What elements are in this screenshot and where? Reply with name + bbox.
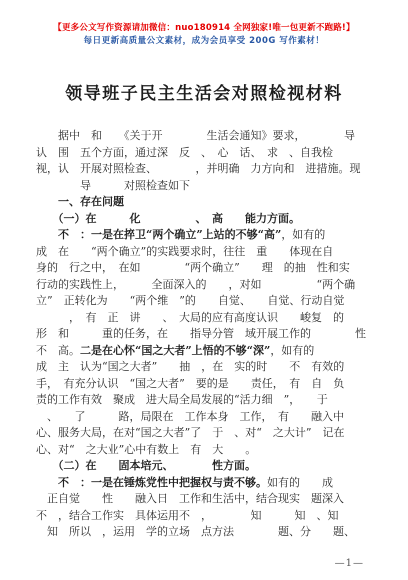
body-line: 成 在 “两个确立”的实践要求时，往往 重 体现在自 xyxy=(36,244,372,261)
body-line: 导 对照检查如下 xyxy=(36,178,372,195)
body-line: 视，认 开展对照检查、 ，并明确 力方向和 进措施。现 xyxy=(36,161,372,178)
body-line: 不 高。二是在心怀“国之大者”上悟的不够“深”，如有的 xyxy=(36,343,372,360)
body-line: 成 主 认为“国之大者” 抽 ，在 实的时 不 有效的 xyxy=(36,359,372,376)
watermark-line-1: 【更多公文写作资源请加微信：nuo180914 全网独家!唯一包更新不跑路!】 xyxy=(0,22,408,35)
body-line: 正自觉 性 融入日 工作和生活中，结合现实 题深入 xyxy=(36,491,372,508)
body-line: 责的工作有效 聚成 进大局全局发展的“活力细 ”， 于 xyxy=(36,392,372,409)
body-line: 不 ：一是在锤炼党性中把握权与责不够。如有的 成 xyxy=(36,475,372,492)
body-line: 不 ，结合工作实 具体运用不 ， 知 知 、知 xyxy=(36,508,372,525)
body-line: （二）在 固本培元、 性方面。 xyxy=(36,458,372,475)
body-line: 心、对“ 之大业”心中有数上 有 大 。 xyxy=(36,442,372,459)
body-line: 知 所以 ，运用 学的立场 点方法 题、分 题、 xyxy=(36,524,372,541)
document-page: 【更多公文写作资源请加微信：nuo180914 全网独家!唯一包更新不跑路!】 … xyxy=(0,0,408,580)
watermark-line-2: 每日更新高质量公文素材，成为会员享受 200G 写作素材！ xyxy=(0,35,408,47)
body-line: （一）在 化 、 高 能力方面。 xyxy=(36,211,372,228)
body-line: 手， 有充分认识 “国之大者” 要的是 责任， 有 自 负 xyxy=(36,376,372,393)
body-line: 据中 和 《关于开 生活会通知》要求， 导 xyxy=(36,128,372,145)
body-line: 认 围 五个方面，通过深 反 、 心 话、 求 、自我检 xyxy=(36,145,372,162)
page-number: —1— xyxy=(335,558,364,569)
document-body: 据中 和 《关于开 生活会通知》要求， 导认 围 五个方面，通过深 反 、 心 … xyxy=(36,128,372,541)
body-line: ， 有 正 讲 、 大局的应有高度认识 峻复 的 xyxy=(36,310,372,327)
body-line: 行动的实践性上， 全面深入的 ，对如 “两个确 xyxy=(36,277,372,294)
body-line: 心、服务大局，在对“国之大者”了 于 、对“ 之大计” 记在 xyxy=(36,425,372,442)
body-line: 一、存在问题 xyxy=(36,194,372,211)
body-line: 不 ：一是在捽卫“两个确立”上站的不够“高”，如有的 xyxy=(36,227,372,244)
body-line: 、 了 路，局限在 工作本身 工作， 有 融入中 xyxy=(36,409,372,426)
body-line: 立” 正转化为 “两个维 ”的 自觉、 自觉、行动自觉 xyxy=(36,293,372,310)
body-line: 身的 行之中， 在如 “两个确立” 理 的抽 性和实 xyxy=(36,260,372,277)
watermark-header: 【更多公文写作资源请加微信：nuo180914 全网独家!唯一包更新不跑路!】 … xyxy=(0,0,408,47)
body-line: 形 和 重的任务，在 指导分管 域开展工作的 性 xyxy=(36,326,372,343)
document-title: 领导班子民主生活会对照检视材料 xyxy=(0,79,408,104)
